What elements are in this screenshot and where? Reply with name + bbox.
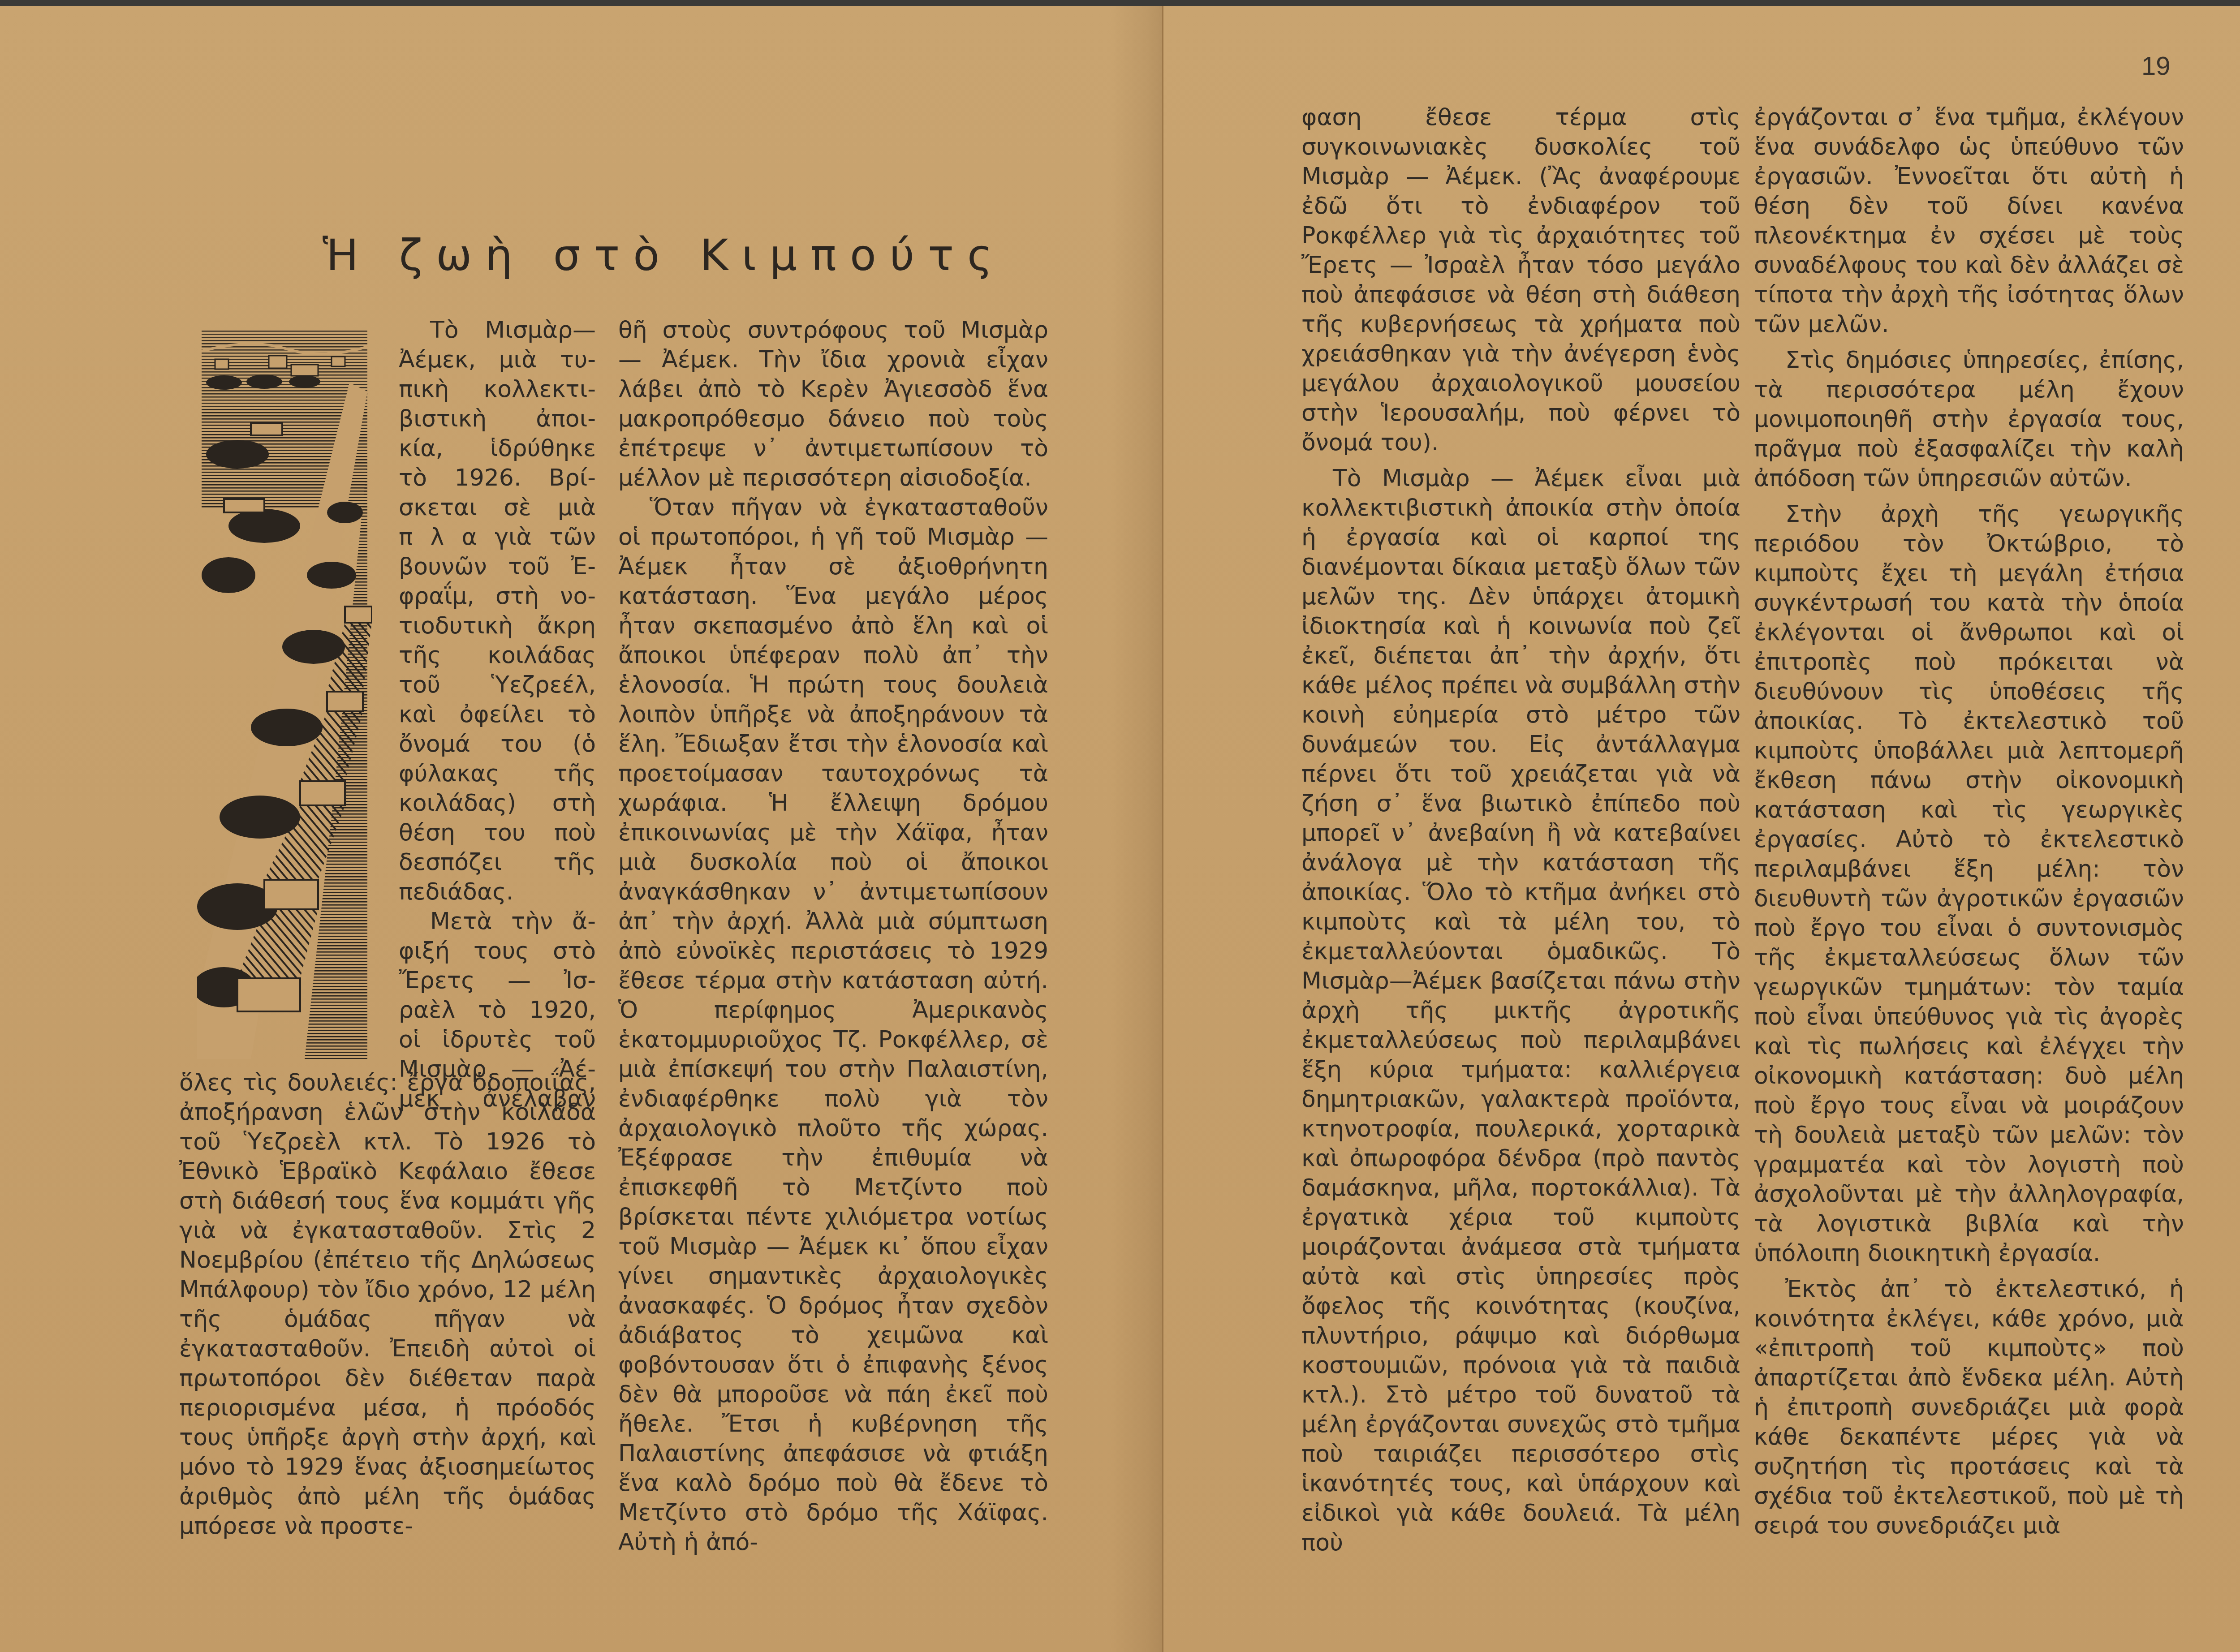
paragraph: θῆ στοὺς συντρόφους τοῦ Μισμὰρ — Ἀέμεκ. …: [618, 315, 1048, 493]
text-line: πεδιάδας.: [399, 877, 596, 907]
paragraph: Τὸ Μισμὰρ — Ἀέμεκ εἶναι μιὰ κολλεκτιβιστ…: [1301, 464, 1740, 1557]
text-line: καὶ ὀφείλει τὸ: [399, 700, 596, 729]
book-spread: Ἡ ζωὴ στὸ Κιμπούτς: [0, 6, 2240, 1652]
text-line: π λ α γιὰ τῶν: [399, 522, 596, 552]
text-line: φύλακας τῆς: [399, 759, 596, 788]
text-line: φιξή τους στὸ: [399, 936, 596, 966]
left-page: Ἡ ζωὴ στὸ Κιμπούτς: [0, 6, 1163, 1652]
text-line: φραΐμ, στὴ νο-: [399, 581, 596, 611]
article-title: Ἡ ζωὴ στὸ Κιμπούτς: [323, 230, 1006, 280]
text-line: ραὲλ τὸ 1920,: [399, 995, 596, 1025]
text-line: πικὴ κολλεκτι-: [399, 374, 596, 404]
text-line: τοῦ Ὑεζρεέλ,: [399, 670, 596, 700]
text-line: δεσπόζει τῆς: [399, 848, 596, 877]
paragraph: Στὴν ἀρχὴ τῆς γεωργικῆς περιόδου τὸν Ὀκτ…: [1754, 499, 2184, 1268]
text-line: ὄνομά του (ὁ: [399, 729, 596, 759]
page-number: 19: [2141, 51, 2171, 81]
kibbutz-landscape-engraving-icon: [197, 324, 372, 1059]
text-line: βουνῶν τοῦ Ἐ-: [399, 552, 596, 581]
text-line: Ἀέμεκ, μιὰ τυ-: [399, 345, 596, 374]
column-3: φαση ἔθεσε τέρμα στὶς συγκοινωνιακὲς δυσ…: [1301, 103, 1740, 1557]
paragraph: Ὅταν πῆγαν νὰ ἐγκατασταθοῦν οἱ πρωτοπόρο…: [618, 493, 1048, 1557]
text-line: βιστικὴ ἀποι-: [399, 404, 596, 434]
column-4: ἐργάζονται σ᾿ ἕνα τμῆμα, ἐκλέγουν ἕνα συ…: [1754, 103, 2184, 1540]
paragraph: ὅλες τὶς δουλειές: ἔργα ὁδοποιΐας, ἀποξή…: [179, 1068, 596, 1541]
text-line: οἱ ἱδρυτὲς τοῦ: [399, 1025, 596, 1054]
column-2: θῆ στοὺς συντρόφους τοῦ Μισμὰρ — Ἀέμεκ. …: [618, 315, 1048, 1557]
text-line: τῆς κοιλάδας: [399, 641, 596, 670]
text-line: κοιλάδας) στὴ: [399, 788, 596, 818]
text-line: τὸ 1926. Βρί-: [399, 463, 596, 493]
paragraph: Ἐκτὸς ἀπ᾿ τὸ ἐκτελεστικό, ἡ κοινότητα ἐκ…: [1754, 1274, 2184, 1540]
paragraph: ἐργάζονται σ᾿ ἕνα τμῆμα, ἐκλέγουν ἕνα συ…: [1754, 103, 2184, 339]
column-1-wide: ὅλες τὶς δουλειές: ἔργα ὁδοποιΐας, ἀποξή…: [179, 1068, 596, 1541]
paragraph: Στὶς δημόσιες ὑπηρεσίες, ἐπίσης, τὰ περι…: [1754, 345, 2184, 493]
text-line: Ἔρετς — Ἰσ-: [399, 966, 596, 995]
paragraph: φαση ἔθεσε τέρμα στὶς συγκοινωνιακὲς δυσ…: [1301, 103, 1740, 457]
text-line: τιοδυτικὴ ἄκρη: [399, 611, 596, 641]
column-1-narrow: Τὸ Μισμὰρ— Ἀέμεκ, μιὰ τυ- πικὴ κολλεκτι-…: [399, 315, 596, 1114]
text-line: σκεται σὲ μιὰ: [399, 493, 596, 522]
text-line: θέση του ποὺ: [399, 818, 596, 848]
text-line: Τὸ Μισμὰρ—: [399, 315, 596, 345]
text-line: κία, ἱδρύθηκε: [399, 434, 596, 463]
text-line: Μετὰ τὴν ἄ-: [399, 907, 596, 936]
